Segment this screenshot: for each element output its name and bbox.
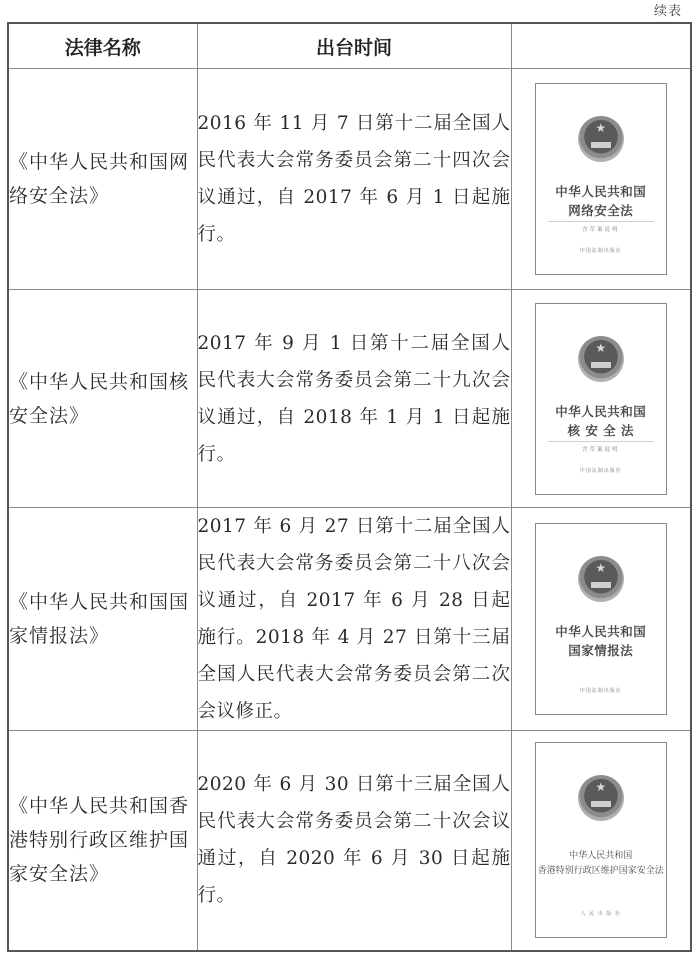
enactment-cell: 2016 年 11 月 7 日第十二届全国人民代表大会常务委员会第二十四次会议通… bbox=[197, 69, 511, 290]
enactment-cell: 2017 年 6 月 27 日第十二届全国人民代表大会常务委员会第二十八次会议通… bbox=[197, 508, 511, 731]
cover-publisher: 人 民 出 版 社 bbox=[536, 910, 666, 917]
law-name-cell: 《中华人民共和国香港特别行政区维护国家安全法》 bbox=[8, 731, 197, 951]
cover-cell: ★ 中华人民共和国 香港特别行政区维护国家安全法 人 民 出 版 社 bbox=[511, 731, 691, 951]
law-table: 法律名称 出台时间 《中华人民共和国网络安全法》 2016 年 11 月 7 日… bbox=[7, 22, 692, 952]
cover-cell: ★ 中华人民共和国 国家情报法 中国法制出版社 bbox=[511, 508, 691, 731]
book-cover-image: ★ 中华人民共和国 网络安全法 含草案说明 中国法制出版社 bbox=[535, 83, 667, 275]
law-name-cell: 《中华人民共和国国家情报法》 bbox=[8, 508, 197, 731]
cover-divider bbox=[548, 221, 654, 222]
header-cover bbox=[511, 23, 691, 69]
header-enactment-time: 出台时间 bbox=[197, 23, 511, 69]
cover-title: 中华人民共和国 网络安全法 bbox=[536, 182, 666, 220]
national-emblem-icon: ★ bbox=[578, 116, 624, 162]
cover-title: 中华人民共和国 香港特别行政区维护国家安全法 bbox=[536, 849, 666, 879]
book-cover-image: ★ 中华人民共和国 香港特别行政区维护国家安全法 人 民 出 版 社 bbox=[535, 742, 667, 938]
book-cover-image: ★ 中华人民共和国 核 安 全 法 含草案说明 中国法制出版社 bbox=[535, 303, 667, 495]
cover-cell: ★ 中华人民共和国 网络安全法 含草案说明 中国法制出版社 bbox=[511, 69, 691, 290]
continued-table-label: 续表 bbox=[654, 0, 682, 19]
cover-title: 中华人民共和国 核 安 全 法 bbox=[536, 402, 666, 440]
table-row: 《中华人民共和国香港特别行政区维护国家安全法》 2020 年 6 月 30 日第… bbox=[8, 731, 691, 951]
cover-publisher: 中国法制出版社 bbox=[536, 247, 666, 254]
cover-divider bbox=[548, 441, 654, 442]
cover-cell: ★ 中华人民共和国 核 安 全 法 含草案说明 中国法制出版社 bbox=[511, 290, 691, 508]
national-emblem-icon: ★ bbox=[578, 556, 624, 602]
enactment-cell: 2017 年 9 月 1 日第十二届全国人民代表大会常务委员会第二十九次会议通过… bbox=[197, 290, 511, 508]
book-cover-image: ★ 中华人民共和国 国家情报法 中国法制出版社 bbox=[535, 523, 667, 715]
table-row: 《中华人民共和国网络安全法》 2016 年 11 月 7 日第十二届全国人民代表… bbox=[8, 69, 691, 290]
law-name-cell: 《中华人民共和国核安全法》 bbox=[8, 290, 197, 508]
table-row: 《中华人民共和国核安全法》 2017 年 9 月 1 日第十二届全国人民代表大会… bbox=[8, 290, 691, 508]
header-row: 法律名称 出台时间 bbox=[8, 23, 691, 69]
cover-title: 中华人民共和国 国家情报法 bbox=[536, 622, 666, 660]
cover-subtitle: 含草案说明 bbox=[536, 445, 666, 453]
cover-publisher: 中国法制出版社 bbox=[536, 687, 666, 694]
cover-publisher: 中国法制出版社 bbox=[536, 467, 666, 474]
table-row: 《中华人民共和国国家情报法》 2017 年 6 月 27 日第十二届全国人民代表… bbox=[8, 508, 691, 731]
national-emblem-icon: ★ bbox=[578, 336, 624, 382]
law-name-cell: 《中华人民共和国网络安全法》 bbox=[8, 69, 197, 290]
header-law-name: 法律名称 bbox=[8, 23, 197, 69]
cover-subtitle: 含草案说明 bbox=[536, 225, 666, 233]
enactment-cell: 2020 年 6 月 30 日第十三届全国人民代表大会常务委员会第二十次会议通过… bbox=[197, 731, 511, 951]
national-emblem-icon: ★ bbox=[578, 775, 624, 821]
